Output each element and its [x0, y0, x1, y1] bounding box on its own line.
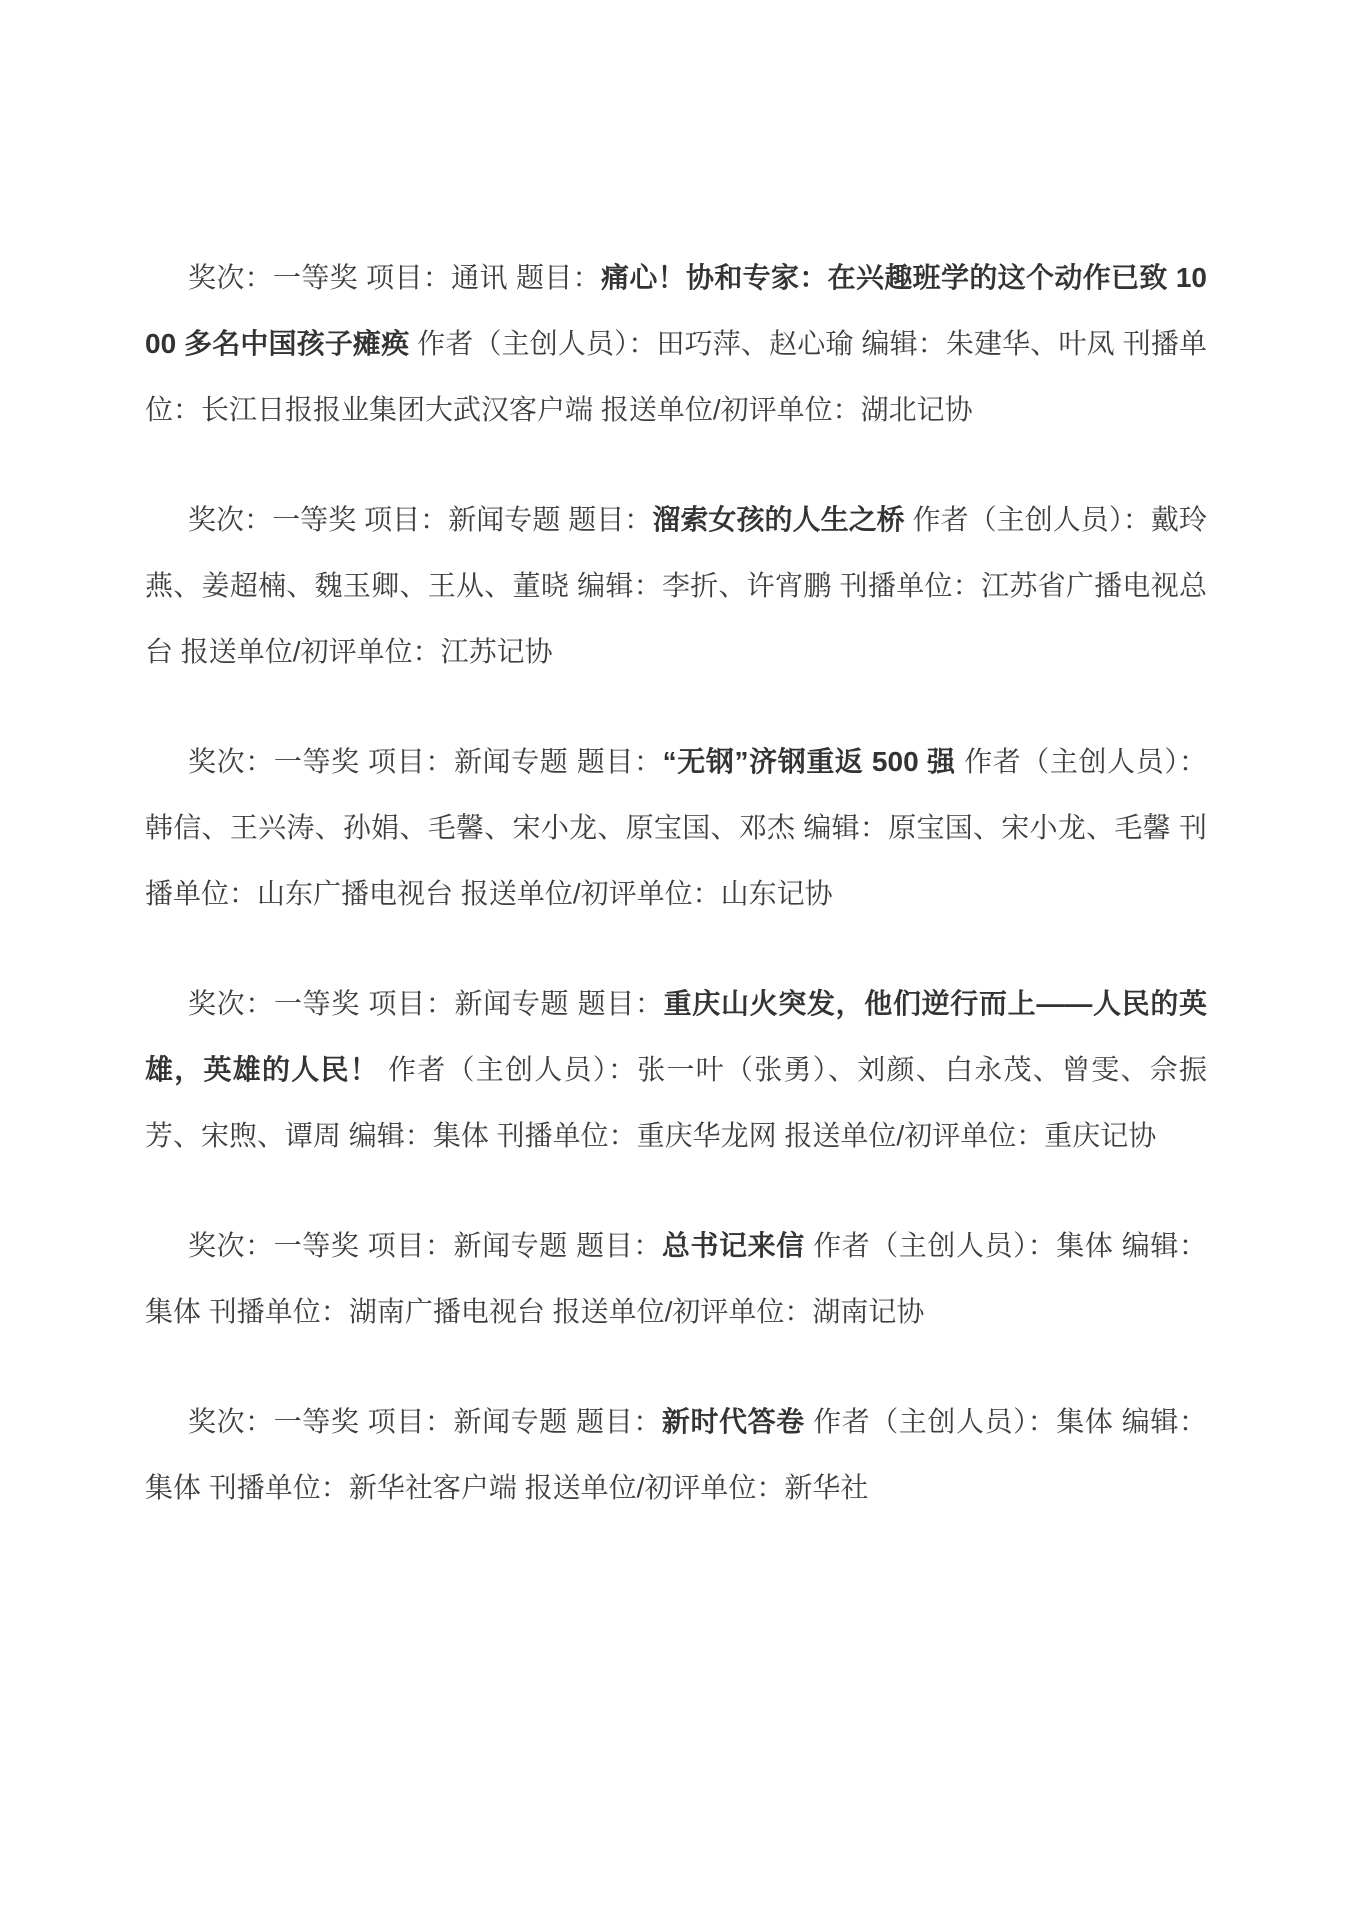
field-label-publisher: 刊播单位： [209, 1296, 349, 1327]
field-value-award: 一等奖 [274, 988, 360, 1019]
field-value-award: 一等奖 [274, 1230, 360, 1261]
award-entry: 奖次：一等奖 项目：新闻专题 题目：总书记来信 作者（主创人员）：集体 编辑：集… [145, 1213, 1207, 1345]
field-value-submitter: 重庆记协 [1044, 1120, 1156, 1151]
field-value-publisher: 长江日报报业集团大武汉客户端 [201, 394, 593, 425]
field-label-authors: 作者（主创人员）： [388, 1054, 637, 1085]
field-value-submitter: 湖南记协 [812, 1296, 924, 1327]
field-value-publisher: 湖南广播电视台 [349, 1296, 545, 1327]
field-value-title: 新时代答卷 [662, 1406, 805, 1437]
field-label-submitter: 报送单位/初评单位： [461, 878, 721, 909]
field-value-authors: 集体 [1056, 1230, 1113, 1261]
field-label-submitter: 报送单位/初评单位： [525, 1472, 785, 1503]
field-value-category: 通讯 [451, 262, 508, 293]
field-value-submitter: 新华社 [784, 1472, 868, 1503]
field-value-award: 一等奖 [274, 1406, 360, 1437]
field-label-authors: 作者（主创人员）： [964, 746, 1207, 777]
field-value-title: 总书记来信 [662, 1230, 805, 1261]
field-label-authors: 作者（主创人员）： [417, 328, 656, 359]
award-entry: 奖次：一等奖 项目：新闻专题 题目：“无钢”济钢重返 500 强 作者（主创人员… [145, 729, 1207, 927]
field-value-authors: 田巧萍、赵心瑜 [656, 328, 853, 359]
field-label-editors: 编辑： [861, 328, 945, 359]
field-label-editors: 编辑： [1122, 1230, 1207, 1261]
field-value-authors: 集体 [1056, 1406, 1113, 1437]
field-value-title: 溜索女孩的人生之桥 [652, 504, 904, 535]
field-label-award: 奖次： [188, 504, 272, 535]
award-entry: 奖次：一等奖 项目：通讯 题目：痛心！协和专家：在兴趣班学的这个动作已致 100… [145, 245, 1207, 443]
field-value-editors: 集体 [145, 1472, 201, 1503]
field-label-authors: 作者（主创人员）： [813, 1406, 1056, 1437]
field-value-category: 新闻专题 [454, 1230, 568, 1261]
field-value-award: 一等奖 [272, 504, 356, 535]
field-value-editors: 李折、许宵鹏 [662, 570, 832, 601]
field-label-editors: 编辑： [349, 1120, 433, 1151]
field-label-submitter: 报送单位/初评单位： [784, 1120, 1044, 1151]
field-value-submitter: 江苏记协 [441, 636, 553, 667]
field-label-category: 项目： [368, 1406, 454, 1437]
field-label-category: 项目： [368, 1230, 454, 1261]
field-value-editors: 原宝国、宋小龙、毛馨 [888, 812, 1171, 843]
field-value-submitter: 湖北记协 [861, 394, 973, 425]
field-label-editors: 编辑： [1122, 1406, 1207, 1437]
field-label-title: 题目： [578, 988, 664, 1019]
field-value-category: 新闻专题 [454, 746, 568, 777]
field-label-authors: 作者（主创人员）： [913, 504, 1151, 535]
field-label-submitter: 报送单位/初评单位： [553, 1296, 813, 1327]
field-value-publisher: 新华社客户端 [349, 1472, 517, 1503]
award-entry: 奖次：一等奖 项目：新闻专题 题目：新时代答卷 作者（主创人员）：集体 编辑：集… [145, 1389, 1207, 1521]
field-label-award: 奖次： [188, 746, 274, 777]
field-value-publisher: 山东广播电视台 [257, 878, 453, 909]
field-label-title: 题目： [576, 1230, 662, 1261]
field-value-title: “无钢”济钢重返 500 强 [663, 746, 956, 777]
field-label-category: 项目： [364, 504, 448, 535]
field-label-submitter: 报送单位/初评单位： [601, 394, 861, 425]
field-value-award: 一等奖 [273, 262, 358, 293]
field-label-title: 题目： [576, 1406, 662, 1437]
field-value-category: 新闻专题 [448, 504, 560, 535]
field-label-award: 奖次： [188, 1230, 274, 1261]
field-value-submitter: 山东记协 [721, 878, 833, 909]
field-label-publisher: 刊播单位： [209, 1472, 349, 1503]
field-label-authors: 作者（主创人员）： [813, 1230, 1056, 1261]
award-entry: 奖次：一等奖 项目：新闻专题 题目：重庆山火突发，他们逆行而上——人民的英雄，英… [145, 971, 1207, 1169]
field-label-publisher: 刊播单位： [497, 1120, 637, 1151]
field-value-editors: 集体 [433, 1120, 489, 1151]
field-label-award: 奖次： [188, 988, 274, 1019]
field-value-editors: 集体 [145, 1296, 201, 1327]
document-page: 奖次：一等奖 项目：通讯 题目：痛心！协和专家：在兴趣班学的这个动作已致 100… [0, 0, 1350, 1910]
field-label-category: 项目： [368, 988, 454, 1019]
field-label-award: 奖次： [188, 1406, 274, 1437]
field-value-category: 新闻专题 [454, 1406, 568, 1437]
field-label-editors: 编辑： [577, 570, 662, 601]
field-label-title: 题目： [568, 504, 652, 535]
field-label-submitter: 报送单位/初评单位： [181, 636, 441, 667]
field-value-award: 一等奖 [274, 746, 360, 777]
field-value-authors: 韩信、王兴涛、孙娟、毛馨、宋小龙、原宝国、邓杰 [145, 812, 795, 843]
award-entry: 奖次：一等奖 项目：新闻专题 题目：溜索女孩的人生之桥 作者（主创人员）：戴玲燕… [145, 487, 1207, 685]
field-label-publisher: 刊播单位： [840, 570, 981, 601]
field-label-category: 项目： [366, 262, 451, 293]
field-value-publisher: 重庆华龙网 [637, 1120, 777, 1151]
field-label-title: 题目： [516, 262, 601, 293]
field-label-editors: 编辑： [803, 812, 888, 843]
field-label-category: 项目： [368, 746, 454, 777]
field-label-award: 奖次： [188, 262, 273, 293]
field-value-editors: 朱建华、叶凤 [946, 328, 1115, 359]
field-value-category: 新闻专题 [455, 988, 570, 1019]
field-label-title: 题目： [577, 746, 663, 777]
entries-list: 奖次：一等奖 项目：通讯 题目：痛心！协和专家：在兴趣班学的这个动作已致 100… [145, 245, 1207, 1521]
